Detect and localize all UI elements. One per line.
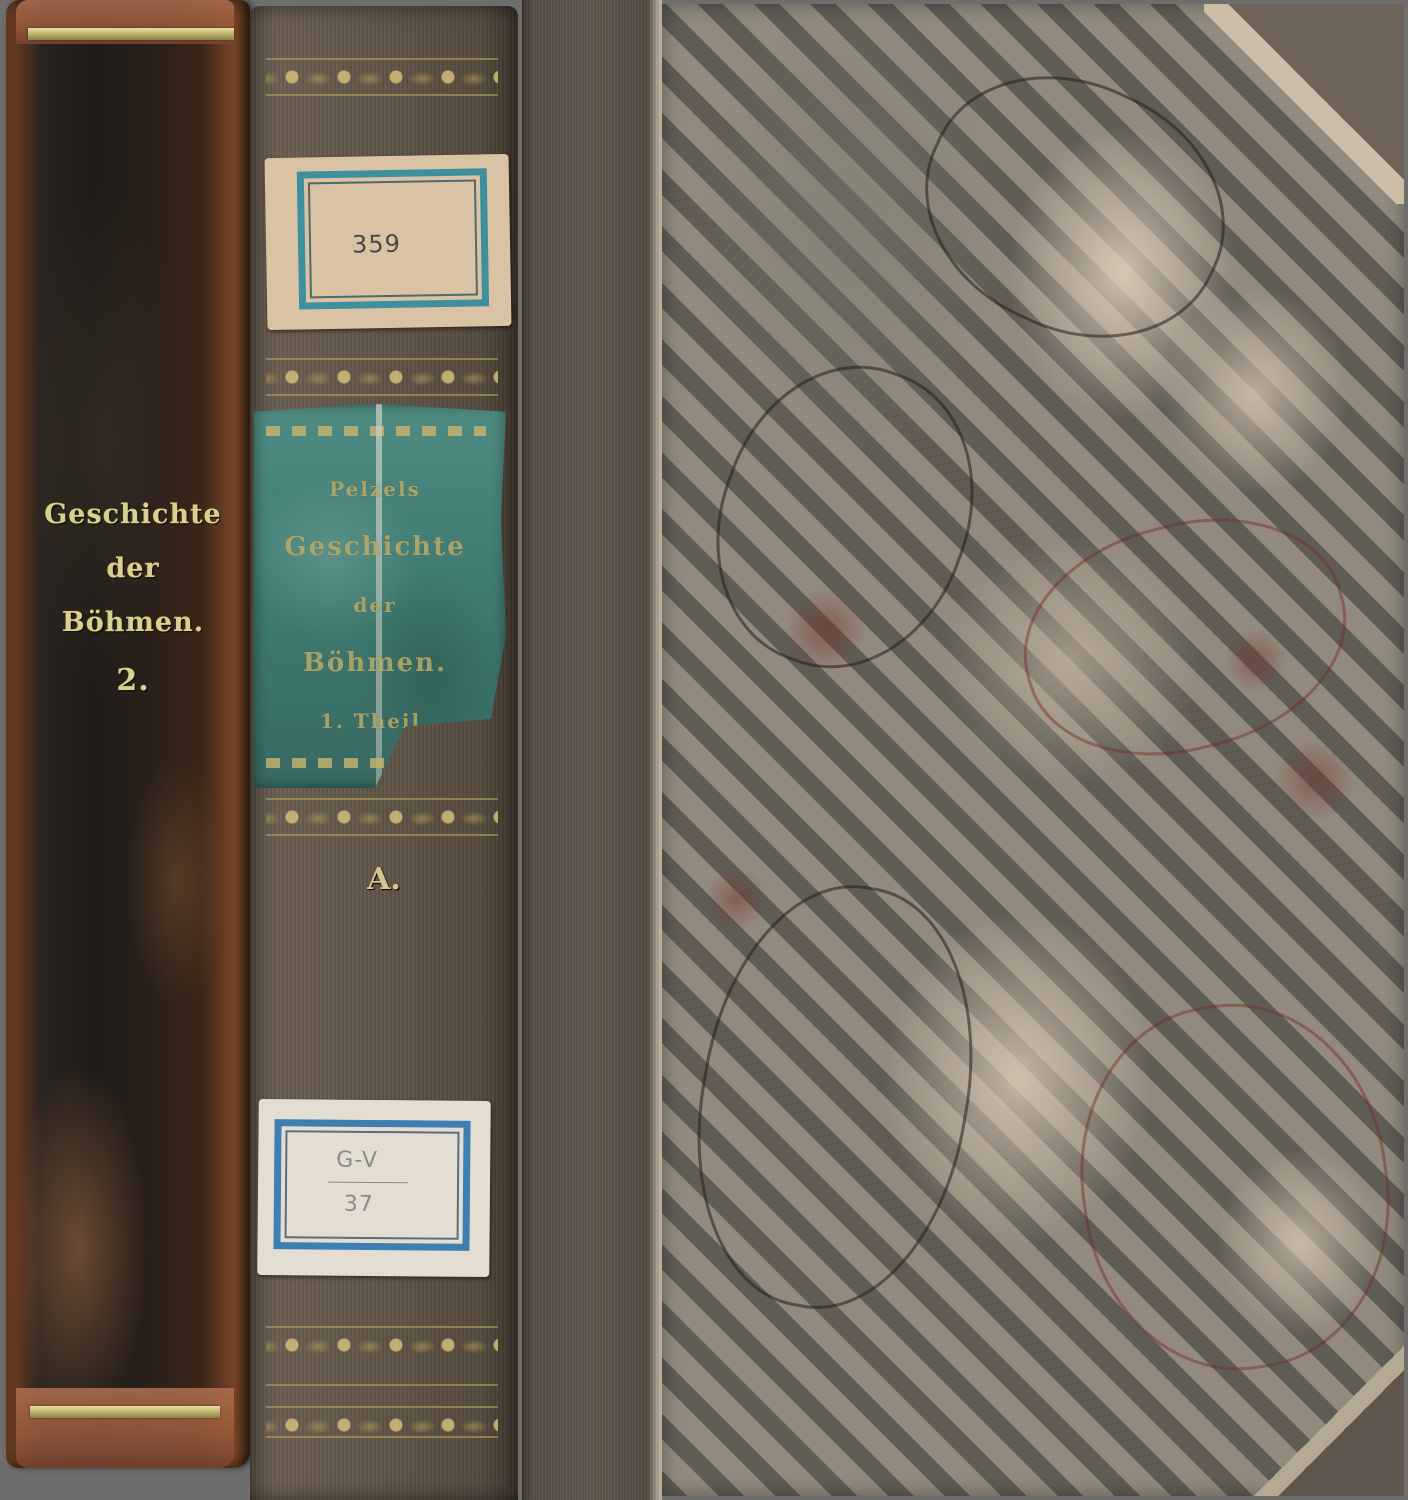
title-line: Böhmen. — [254, 634, 496, 692]
gilt-rule-top — [28, 28, 234, 40]
cover-corner-top-right — [1204, 4, 1404, 204]
marble-vein — [667, 864, 1003, 1330]
title-line: Geschichte — [28, 488, 238, 542]
left-book-spine: Geschichte der Böhmen. 2. — [6, 0, 250, 1468]
gilt-ornament-band — [266, 358, 498, 396]
cover-corner-bottom-right — [1254, 1346, 1404, 1496]
library-label-bottom: G-V 37 — [257, 1099, 491, 1277]
title-line: der — [254, 576, 496, 634]
gilt-rule-bottom — [30, 1406, 220, 1418]
gilt-ornament-band — [266, 798, 498, 836]
title-line: Böhmen. — [28, 596, 238, 650]
title-line: der — [28, 542, 238, 596]
marble-vein — [677, 331, 1013, 703]
call-number-line2: 37 — [344, 1192, 374, 1217]
left-spine-title: Geschichte der Böhmen. 2. — [28, 488, 238, 708]
book-photo-scene: Geschichte der Böhmen. 2. 359 Pelzels Ge… — [0, 0, 1408, 1500]
title-line: Pelzels — [254, 460, 496, 518]
title-line: Geschichte — [254, 518, 496, 576]
green-label-title: Pelzels Geschichte der Böhmen. 1. Theil. — [254, 460, 496, 750]
call-number-line1: G-V — [336, 1148, 378, 1173]
marble-vein — [998, 486, 1371, 789]
marbled-front-cover — [662, 4, 1404, 1496]
gilt-ornament-band — [266, 58, 498, 96]
spine-tail-wear — [16, 1388, 234, 1468]
library-label-top: 359 — [265, 154, 512, 330]
gilt-ornament-band — [266, 1326, 498, 1386]
shelf-number: 359 — [352, 230, 401, 259]
gilt-dot-band — [266, 1406, 498, 1438]
volume-number: 2. — [28, 654, 238, 708]
marble-vein — [1058, 984, 1408, 1389]
spine-letter: A. — [250, 862, 518, 897]
label-frame — [273, 1119, 470, 1251]
cloth-hinge-strip — [522, 0, 662, 1500]
